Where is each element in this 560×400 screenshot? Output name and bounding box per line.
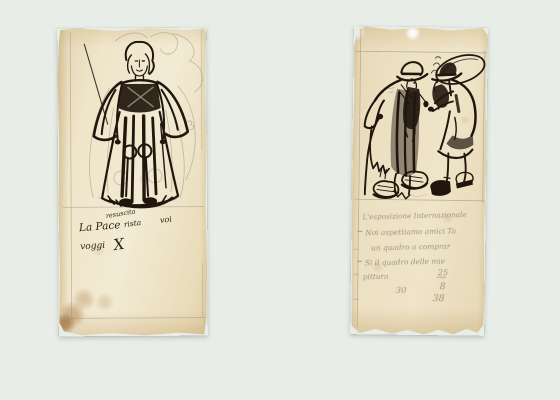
- dandy-front-boot: [430, 180, 451, 196]
- inscription-mid: rista: [123, 218, 141, 229]
- inscription-line2: voggi: [80, 241, 106, 252]
- handwriting-num2: 8: [440, 282, 446, 292]
- dandy-figure: [427, 49, 488, 196]
- left-drawing-sheet: resuscita La Pace rista voi voggi X: [57, 28, 208, 337]
- staff-line: [84, 44, 107, 124]
- left-paper-surface: resuscita La Pace rista voi voggi X: [57, 28, 208, 337]
- inscription-line1: La Pace: [78, 219, 121, 234]
- handwriting-num4: 38: [432, 293, 444, 304]
- photo-of-two-drawings: resuscita La Pace rista voi voggi X: [0, 0, 560, 400]
- pencil-handwriting: L'esposizione Internazionale Noi aspetti…: [357, 209, 467, 305]
- dandy-hand: [428, 107, 434, 112]
- handwriting-line4: Si il quadro delle mie: [365, 257, 446, 268]
- beggar-coat-shading: [390, 89, 419, 176]
- handwriting-num1: 25: [437, 268, 448, 277]
- left-drawing-svg: resuscita La Pace rista voi voggi X: [57, 28, 208, 337]
- beggar-figure: [364, 56, 441, 199]
- handwriting-line3: un quadro a comprar: [371, 242, 451, 253]
- coat-shading: [446, 133, 473, 149]
- inscription-x-mark: X: [111, 235, 126, 255]
- right-drawing-svg: L'esposizione Internazionale Noi aspetti…: [350, 26, 488, 336]
- right-paper-surface: L'esposizione Internazionale Noi aspetti…: [350, 26, 488, 336]
- handwriting-num3: 30: [396, 286, 408, 296]
- handwriting-line1: L'esposizione Internazionale: [361, 210, 466, 221]
- inscription-end: voi: [159, 215, 172, 225]
- left-inscription: resuscita La Pace rista voi voggi X: [78, 207, 173, 254]
- smoke-curls: [431, 57, 440, 74]
- handwriting-line5: pittura: [363, 272, 389, 282]
- right-drawing-sheet: L'esposizione Internazionale Noi aspetti…: [350, 26, 488, 336]
- handwriting-line2: Noi aspettiamo amici Ta: [364, 226, 456, 237]
- dandy-beard: [432, 84, 449, 108]
